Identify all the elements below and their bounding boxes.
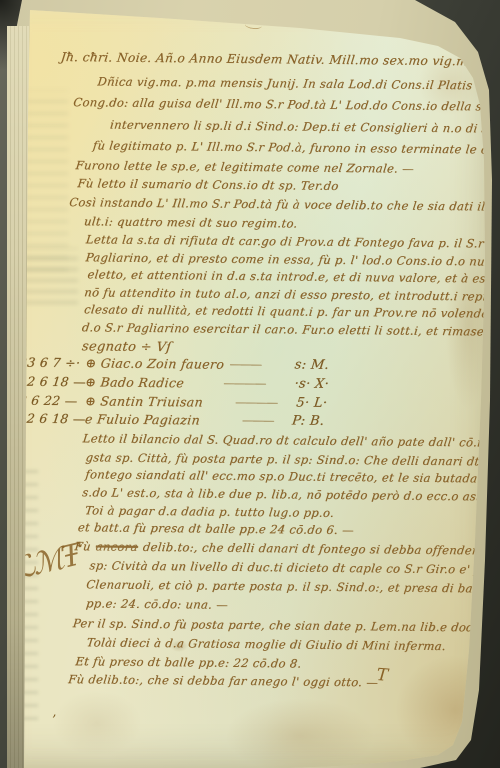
manuscript-line: eletto, et attentioni in d.a s.ta introd… (87, 268, 500, 286)
manuscript-line: segnato ÷ Vſ (81, 339, 172, 356)
scrutiny-mark: P: B. (291, 413, 325, 429)
manuscript-line: gsta sp. Città, fù posta parte p. il sp:… (85, 451, 480, 469)
manuscript-line: clesato di nullità, et redotti li quant.… (83, 303, 489, 321)
struck-word: ancora (95, 539, 139, 553)
candidate-name: ⊕ Santin Triuisan (84, 393, 204, 409)
dash-rule: ———— (223, 377, 267, 391)
dash-rule: ———— (234, 396, 278, 410)
manuscript-line: ult.i: quattro mesi dt suo regim.to. (83, 215, 298, 231)
candidate-name: e Fuluio Pagiazin (84, 411, 201, 427)
line-suffix: delib.to:, che delli danari dt fontego s… (142, 540, 494, 558)
manuscript-line-with-strikethrough: Fùancoradelib.to:, che delli danari dt f… (74, 540, 494, 558)
manuscript-line: s.do L' est.o, sta à lib.e due p. lib.a,… (81, 486, 500, 504)
manuscript-line: nō fu attendito in tuto al.o, anzi di es… (83, 286, 500, 304)
handwritten-text-block: Jħ. cħri. Noie. Añ.o Anno Eiusdem Nativ.… (0, 0, 500, 768)
manuscript-line: Così instando L' Ill.mo S.r Pod.tà fù à … (68, 196, 500, 215)
manuscript-line: pp.e: 24. cō.do: una. — (85, 597, 229, 612)
manuscript-line: Letto il bilancio dal S. Quad.ro dt calc… (82, 432, 500, 451)
manuscript-line: et batt.a fù presa dt balle pp.e 24 cō.d… (77, 521, 355, 538)
manuscript-line: Dñica vig.ma. p.ma mensis Junij. In sala… (97, 75, 500, 93)
manuscript-line: intervennero li sp.li d.i Sind.o: Dep.ti… (109, 119, 500, 137)
dash-rule: ——— (229, 358, 262, 372)
manuscript-line: fontego siandati all' ecc.mo sp.o Duc.ti… (85, 468, 500, 487)
dash-rule: ——— (241, 414, 274, 428)
manuscript-line: Et fù preso dt balle pp.e: 22 cō.do 8. (75, 655, 303, 671)
candidate-name: ⊕ Giac.o Zoin fauero (85, 355, 225, 371)
manuscript-line: Jħ. cħri. Noie. Añ.o Anno Eiusdem Nativ.… (60, 50, 500, 70)
manuscript-line: Clenaruoli, et ciò p. parte posta p. il … (85, 578, 488, 596)
scrutiny-mark: s: M. (294, 357, 330, 373)
manuscript-line: fù legitimato p. L' Ill.mo S.r Pod.à, fu… (92, 139, 500, 158)
ballot-row: ℘ 12 6 18 — e Fuluio Pagiazin ——— P: B. (0, 410, 496, 433)
manuscript-line: sp: Cività da un livello di duc.ti dicie… (89, 559, 496, 577)
manuscript-line: Fù letto il sumario dt Cons.io dt sp. Te… (77, 177, 340, 194)
end-flourish: T (376, 667, 389, 685)
manuscript-page: .C.H.S. 71 Jħ. cħri. Noie. Añ.o Anno Eiu… (0, 0, 500, 768)
photograph-of-manuscript: .C.H.S. 71 Jħ. cħri. Noie. Añ.o Anno Eiu… (0, 0, 500, 768)
manuscript-line: Fù delib.to:, che si debba far anego l' … (67, 673, 378, 690)
manuscript-line: Pagliarino, et di presto come in essa, f… (85, 251, 500, 269)
manuscript-line: Furono lette le sp.e, et legitimate come… (75, 159, 415, 176)
candidate-name: ⊕ Bado Radice (85, 374, 185, 390)
manuscript-line: Cong.do: alla guisa dell' Ill.mo S.r Pod… (72, 96, 500, 116)
scrutiny-mark: ·s· X· (294, 376, 330, 392)
pen-mark: ’ (52, 714, 56, 727)
manuscript-line: Toi à pagar d.a dadia p. tutto lug.o pp.… (84, 504, 335, 520)
scrutiny-mark: 5· L· (295, 396, 328, 412)
manuscript-line: d.o S.r Pagliarino esercitar il car.o. F… (81, 321, 500, 340)
manuscript-line: Per il sp. Sind.o fù posta parte, che si… (72, 617, 493, 635)
manuscript-line: Tolài dieci à d.a Gratiosa moglie di Giu… (86, 636, 447, 654)
manuscript-line: Letta la s.ta di rifiuta dt car.go di Pr… (85, 233, 500, 251)
